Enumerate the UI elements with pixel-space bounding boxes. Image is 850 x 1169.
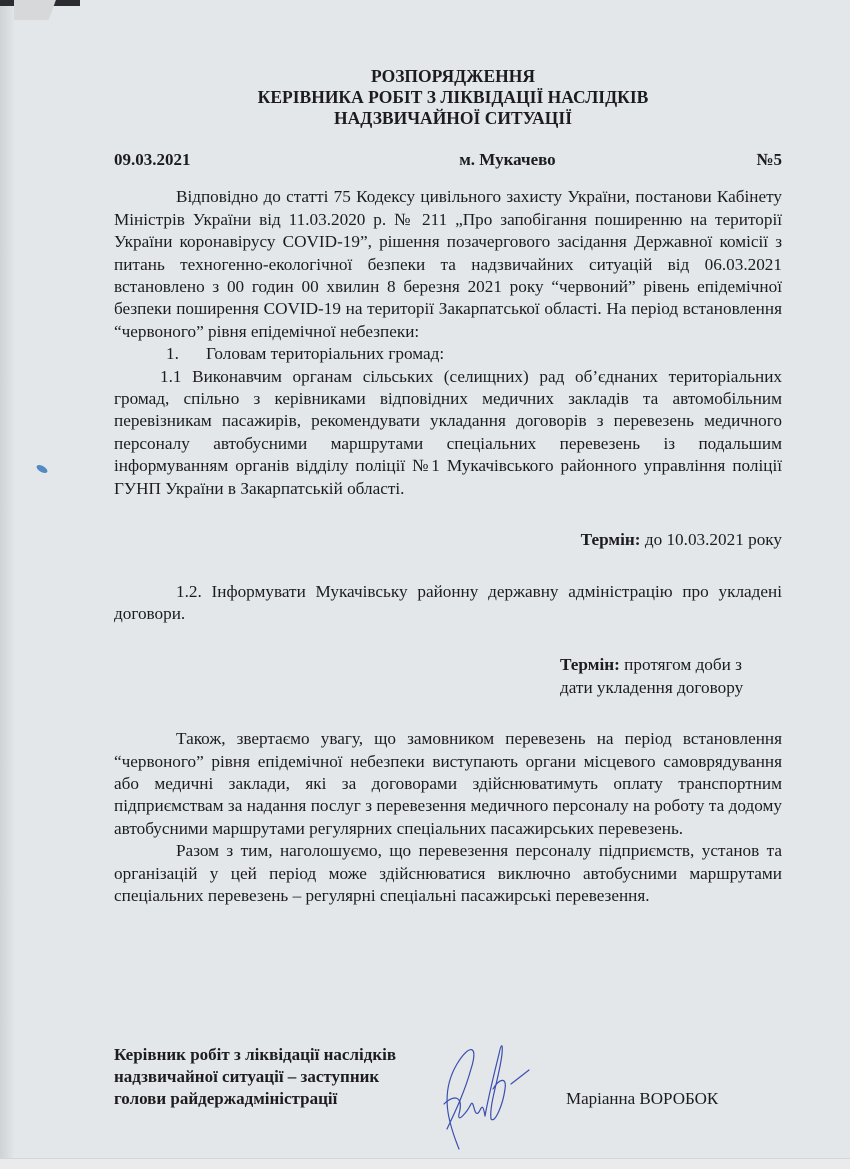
role-line: голови райдержадміністрації xyxy=(114,1088,444,1110)
document-city: м. Мукачево xyxy=(459,149,555,171)
term-1: Термін: до 10.03.2021 року xyxy=(114,529,782,551)
document-number: №5 xyxy=(756,149,782,171)
document-meta: 09.03.2021 м. Мукачево №5 xyxy=(114,149,782,171)
role-line: Керівник робіт з ліквідації наслідків xyxy=(114,1044,444,1066)
document-title: РОЗПОРЯДЖЕННЯ КЕРІВНИКА РОБІТ З ЛІКВІДАЦ… xyxy=(124,66,782,129)
item-1: 1.Головам територіальних громад: xyxy=(114,343,782,365)
scan-edge xyxy=(0,0,14,1169)
signatory-role: Керівник робіт з ліквідації наслідків на… xyxy=(114,1044,444,1110)
scan-fold xyxy=(14,0,76,20)
term-2-label: Термін: xyxy=(560,655,620,674)
preamble-paragraph: Відповідно до статті 75 Кодексу цивільно… xyxy=(114,186,782,343)
also-paragraph: Також, звертаємо увагу, що замовником пе… xyxy=(114,728,782,840)
item-1-1-paragraph: 1.1 Виконавчим органам сільських (селищн… xyxy=(114,366,782,500)
ink-spot xyxy=(35,463,48,474)
term-1-value: до 10.03.2021 року xyxy=(641,530,782,549)
emphasis-paragraph: Разом з тим, наголошуємо, що перевезення… xyxy=(114,840,782,907)
title-line: РОЗПОРЯДЖЕННЯ xyxy=(124,66,782,87)
term-2-value-line1: протягом доби з xyxy=(620,655,742,674)
term-2-value-line2: дати укладення договору xyxy=(560,677,782,699)
document-page: РОЗПОРЯДЖЕННЯ КЕРІВНИКА РОБІТ З ЛІКВІДАЦ… xyxy=(114,66,782,907)
signature-block: Керівник робіт з ліквідації наслідків на… xyxy=(114,1044,782,1110)
term-1-label: Термін: xyxy=(581,530,641,549)
item-1-label: Головам територіальних громад: xyxy=(206,344,444,363)
role-line: надзвичайної ситуації – заступник xyxy=(114,1066,444,1088)
scan-bottom-edge xyxy=(0,1158,850,1169)
title-line: КЕРІВНИКА РОБІТ З ЛІКВІДАЦІЇ НАСЛІДКІВ xyxy=(124,87,782,108)
handwritten-signature-icon xyxy=(419,1034,559,1154)
title-line: НАДЗВИЧАЙНОЇ СИТУАЦІЇ xyxy=(124,108,782,129)
item-1-number: 1. xyxy=(166,343,206,365)
document-date: 09.03.2021 xyxy=(114,149,191,171)
term-2: Термін: протягом доби з дати укладення д… xyxy=(560,654,782,699)
item-1-2-paragraph: 1.2. Інформувати Мукачівську районну дер… xyxy=(114,581,782,626)
signatory-name: Маріанна ВОРОБОК xyxy=(566,1088,718,1110)
